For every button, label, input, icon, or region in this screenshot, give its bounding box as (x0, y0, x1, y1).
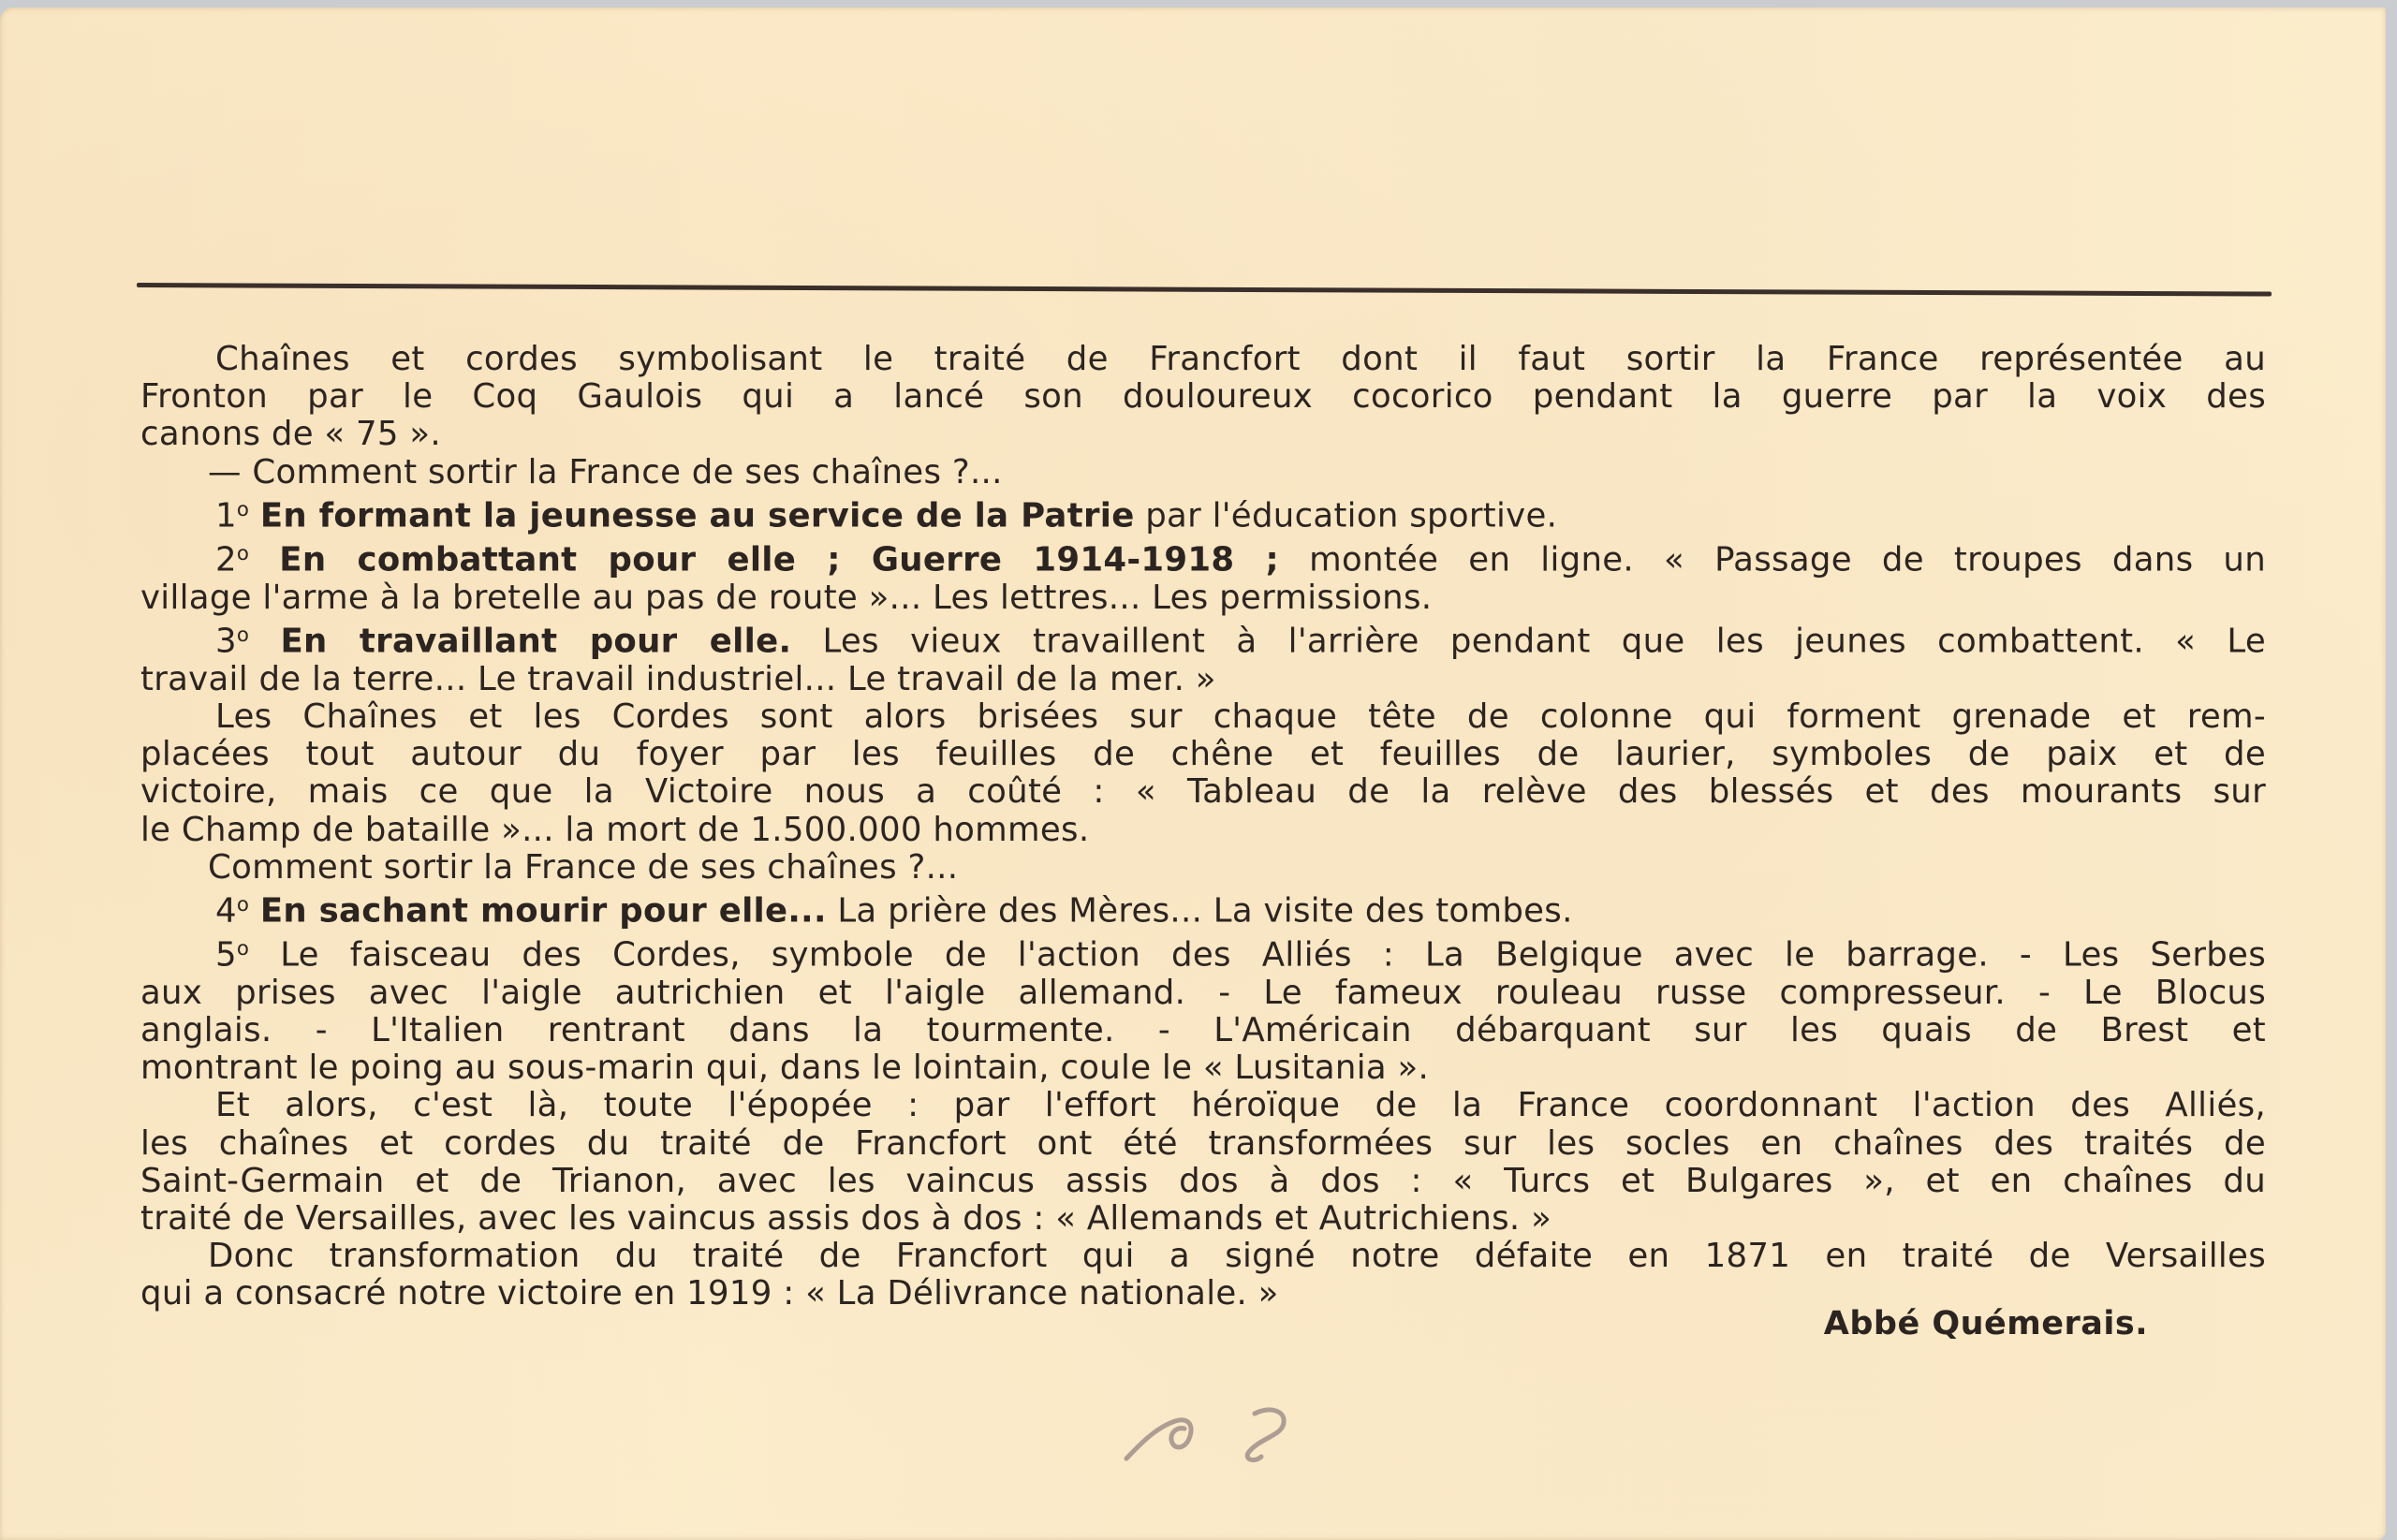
pencil-annotation-icon (1119, 1395, 1306, 1470)
bold-heading: En sachant mourir pour elle... (260, 892, 827, 931)
paragraph-point-4: 4o En sachant mourir pour elle... La pri… (140, 887, 2266, 931)
text-run: Le faisceau des Cordes, symbole de l'act… (280, 936, 2266, 975)
paragraph-intro: Chaînes et cordes symbolisant le traité … (140, 341, 2266, 454)
text-line: victoire, mais ce que la Victoire nous a… (140, 773, 2266, 811)
text-line: le Champ de bataille »... la mort de 1.5… (140, 812, 2266, 849)
paragraph-point-3: 3o En travaillant pour elle. Les vieux t… (140, 617, 2266, 698)
text-line: montrant le poing au sous-marin qui, dan… (140, 1049, 2266, 1087)
paragraph-point-5: 5o Le faisceau des Cordes, symbole de l'… (140, 931, 2266, 1088)
ordinal-number: 2 (215, 540, 237, 579)
text-line: canons de « 75 ». (140, 416, 2266, 453)
paragraph-point-1: 1o En formant la jeunesse au service de … (140, 491, 2266, 535)
text-line: anglais. - L'Italien rentrant dans la to… (140, 1012, 2266, 1049)
text-line: — Comment sortir la France de ses chaîne… (140, 454, 2266, 491)
paragraph-question-2: Comment sortir la France de ses chaînes … (140, 849, 2266, 887)
text-run: montée en ligne. « Passage de troupes da… (1279, 540, 2266, 579)
text-line: Et alors, c'est là, toute l'épopée : par… (140, 1087, 2266, 1124)
text-line: 3o En travaillant pour elle. Les vieux t… (140, 617, 2266, 661)
text-line: les chaînes et cordes du traité de Franc… (140, 1125, 2266, 1163)
author-signature: Abbé Quémerais. (1824, 1305, 2148, 1342)
text-line: 4o En sachant mourir pour elle... La pri… (140, 887, 2266, 931)
paragraph-epopee: Et alors, c'est là, toute l'épopée : par… (140, 1087, 2266, 1238)
text-line: travail de la terre... Le travail indust… (140, 661, 2266, 698)
text-line: village l'arme à la bretelle au pas de r… (140, 579, 2266, 617)
paragraph-conclusion: Donc transformation du traité de Francfo… (140, 1238, 2266, 1313)
text-line: 1o En formant la jeunesse au service de … (140, 491, 2266, 535)
paragraph-question-1: — Comment sortir la France de ses chaîne… (140, 454, 2266, 491)
bold-heading: En travaillant pour elle. (280, 623, 791, 661)
ordinal-suffix: o (237, 542, 249, 565)
text-line: 2o En combattant pour elle ; Guerre 1914… (140, 535, 2266, 579)
text-line: Les Chaînes et les Cordes sont alors bri… (140, 698, 2266, 736)
paragraph-point-2: 2o En combattant pour elle ; Guerre 1914… (140, 535, 2266, 617)
text-line: Donc transformation du traité de Francfo… (140, 1238, 2266, 1275)
text-line: Fronton par le Coq Gaulois qui a lancé s… (140, 378, 2266, 416)
ordinal-number: 1 (215, 497, 237, 535)
bold-heading: En combattant pour elle ; Guerre 1914-19… (279, 540, 1279, 579)
ordinal-number: 3 (215, 623, 237, 661)
text-run: La prière des Mères... La visite des tom… (827, 892, 1573, 931)
ordinal-suffix: o (237, 498, 249, 521)
ordinal-suffix: o (237, 893, 249, 917)
paragraph-chains-broken: Les Chaînes et les Cordes sont alors bri… (140, 698, 2266, 849)
horizontal-rule (137, 283, 2272, 297)
text-line: 5o Le faisceau des Cordes, symbole de l'… (140, 931, 2266, 975)
postcard-back: Chaînes et cordes symbolisant le traité … (0, 7, 2386, 1540)
text-run: par l'éducation sportive. (1135, 497, 1558, 535)
bold-heading: En formant la jeunesse au service de la … (260, 497, 1135, 535)
ordinal-number: 5 (215, 936, 237, 975)
text-line: traité de Versailles, avec les vaincus a… (140, 1200, 2266, 1238)
text-line: placées tout autour du foyer par les feu… (140, 736, 2266, 773)
text-run: Les vieux travaillent à l'arrière pendan… (791, 623, 2266, 661)
ordinal-suffix: o (237, 937, 249, 961)
ordinal-suffix: o (237, 623, 249, 647)
body-text: Chaînes et cordes symbolisant le traité … (140, 341, 2266, 1313)
text-line: Saint-Germain et de Trianon, avec les va… (140, 1163, 2266, 1200)
text-line: Comment sortir la France de ses chaînes … (140, 849, 2266, 887)
ordinal-number: 4 (215, 892, 237, 931)
text-line: Chaînes et cordes symbolisant le traité … (140, 341, 2266, 378)
text-line: aux prises avec l'aigle autrichien et l'… (140, 975, 2266, 1012)
